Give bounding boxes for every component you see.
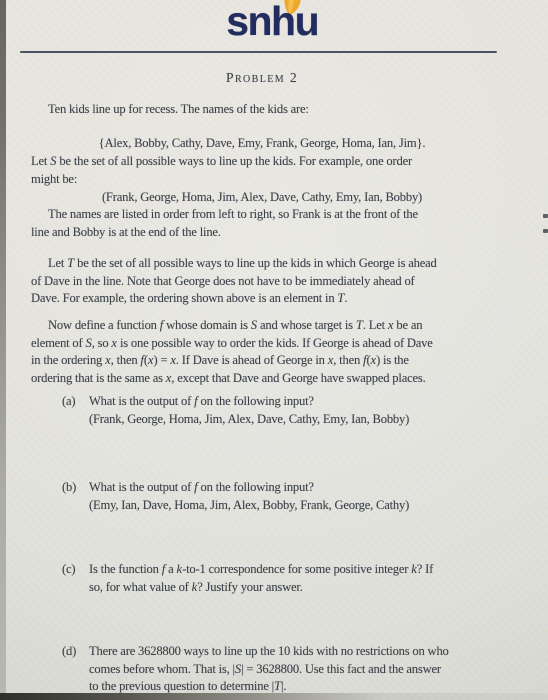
text-line: What is the output of f on the following… bbox=[89, 479, 493, 497]
ordering-display: (Emy, Ian, Dave, Homa, Jim, Alex, Bobby,… bbox=[89, 497, 493, 515]
text-line: to the previous question to determine |T… bbox=[89, 678, 493, 696]
item-label: (a) bbox=[62, 393, 75, 411]
set-t-paragraph: Let T be the set of all possible ways to… bbox=[31, 255, 493, 308]
part-d-item: (d) There are 3628800 ways to line up th… bbox=[62, 643, 493, 696]
part-b-item: (b) What is the output of f on the follo… bbox=[62, 479, 493, 514]
ordering-display: (Frank, George, Homa, Jim, Alex, Dave, C… bbox=[89, 411, 493, 429]
set-s-paragraph: Let S be the set of all possible ways to… bbox=[31, 153, 493, 188]
item-label: (b) bbox=[62, 479, 76, 497]
edge-speck bbox=[543, 214, 548, 218]
text-line: line and Bobby is at the end of the line… bbox=[31, 224, 493, 242]
function-f-paragraph: Now define a function f whose domain is … bbox=[31, 317, 493, 387]
part-c-item: (c) Is the function f a k-to-1 correspon… bbox=[62, 561, 493, 596]
text-line: The names are listed in order from left … bbox=[31, 206, 493, 224]
text-line: Let S be the set of all possible ways to… bbox=[31, 153, 493, 171]
text-line: element of S, so x is one possible way t… bbox=[31, 335, 493, 353]
part-a-item: (a) What is the output of f on the follo… bbox=[62, 393, 493, 428]
text-line: in the ordering x, then f(x) = x. If Dav… bbox=[31, 352, 493, 370]
intro-paragraph: Ten kids line up for recess. The names o… bbox=[31, 101, 493, 119]
text-line: Dave. For example, the ordering shown ab… bbox=[31, 290, 493, 308]
text-line: (Frank, George, Homa, Jim, Alex, Dave, C… bbox=[31, 189, 493, 207]
text-line: comes before whom. That is, |S| = 362880… bbox=[89, 661, 493, 679]
text-line: Is the function f a k-to-1 correspondenc… bbox=[89, 561, 493, 579]
text-line: ordering that is the same as x, except t… bbox=[31, 370, 493, 388]
text-line: Now define a function f whose domain is … bbox=[31, 317, 493, 335]
text-line: What is the output of f on the following… bbox=[89, 393, 493, 411]
paper-left-edge-shadow bbox=[0, 0, 6, 700]
order-note-paragraph: The names are listed in order from left … bbox=[31, 206, 493, 241]
document-body: Problem 2 Ten kids line up for recess. T… bbox=[31, 0, 493, 700]
kids-set-display: {Alex, Bobby, Cathy, Dave, Emy, Frank, G… bbox=[31, 135, 493, 153]
edge-speck bbox=[543, 229, 548, 233]
text-line: {Alex, Bobby, Cathy, Dave, Emy, Frank, G… bbox=[31, 135, 493, 153]
example-order-display: (Frank, George, Homa, Jim, Alex, Dave, C… bbox=[31, 189, 493, 207]
text-line: might be: bbox=[31, 171, 493, 189]
item-label: (d) bbox=[62, 643, 76, 661]
problem-heading: Problem 2 bbox=[31, 70, 493, 86]
item-label: (c) bbox=[62, 561, 75, 579]
text-line: so, for what value of k? Justify your an… bbox=[89, 579, 493, 597]
text-line: Ten kids line up for recess. The names o… bbox=[31, 101, 493, 119]
text-line: Let T be the set of all possible ways to… bbox=[31, 255, 493, 273]
text-line: of Dave in the line. Note that George do… bbox=[31, 273, 493, 291]
text-line: There are 3628800 ways to line up the 10… bbox=[89, 643, 493, 661]
